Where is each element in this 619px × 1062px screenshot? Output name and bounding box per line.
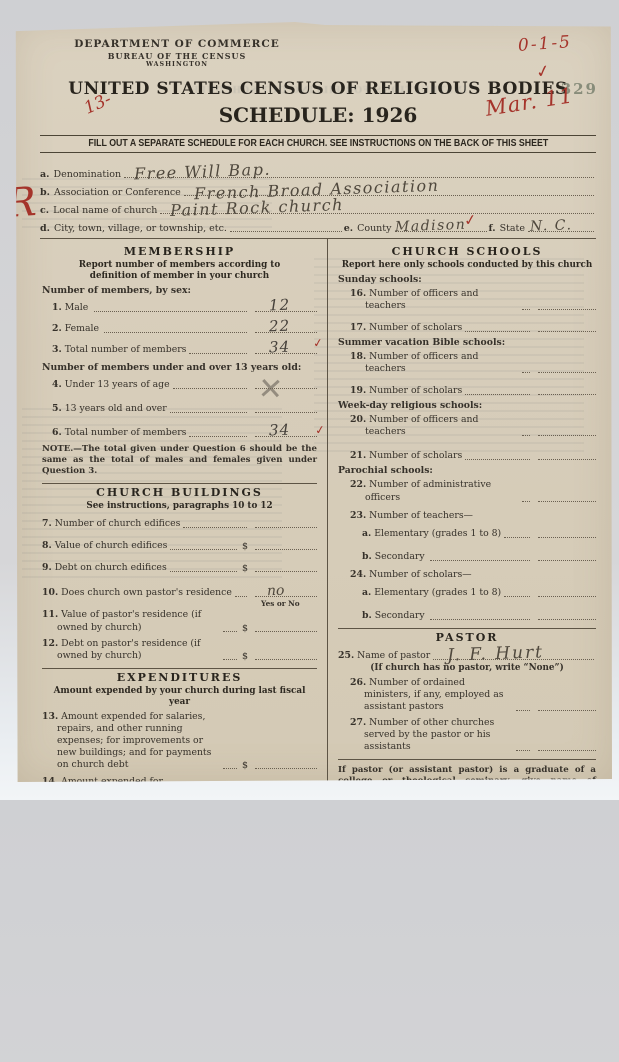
field-letter: a. [40,169,49,180]
dotted-leader [223,768,237,769]
dotted-leader [189,436,247,437]
dotted-leader [430,560,530,561]
question-row-9: 9. Debt on church edifices $ [42,559,317,574]
dollar-sign: $ [242,541,248,552]
question-number: 6. [52,427,62,438]
answer-blank: 34 [255,353,317,354]
buildings-heading: CHURCH BUILDINGS [42,486,317,499]
question-number: 17. [350,322,366,333]
question-label: Number of administrative officers [365,479,491,502]
question-row-24: 24. Number of scholars— [350,566,596,581]
answer-blank [538,619,596,620]
question-label: Total number of members [65,344,187,355]
graduate-note: If pastor (or assistant pastor) is a gra… [338,765,596,800]
dotted-leader [504,596,530,597]
answer-blank [538,537,596,538]
question-row-19: 19. Number of scholars [350,382,596,397]
expenditures-heading: EXPENDITURES [42,671,317,684]
answer-blank [538,560,596,561]
group-label-summer: Summer vacation Bible schools: [338,337,596,348]
question-label: Number of scholars [369,385,462,396]
question-number: 25. [338,650,354,661]
answer-blank [538,750,596,751]
answer-blank: no Yes or No [255,596,317,597]
sub-letter: a. [362,528,371,539]
question-row-2: 2. Female 22 ✓ [52,320,317,335]
dotted-leader [170,571,237,572]
field-letter: b. [40,187,50,198]
handwritten-male-count: 12 [269,296,291,315]
question-number: 2. [52,323,62,334]
question-row-23a: a. Elementary (grades 1 to 8) [362,525,596,540]
dotted-leader [522,372,530,373]
answer-blank [538,309,596,310]
question-row-27: 27. Number of other churches served by t… [338,717,596,753]
membership-note: NOTE.—The total given under Question 6 s… [42,444,317,478]
field-local-church-name: c. Local name of church Paint Rock churc… [40,198,596,216]
section-divider [42,483,317,484]
fill-out-instruction: FILL OUT A SEPARATE SCHEDULE FOR EACH CH… [88,138,548,149]
answer-blank [255,768,317,769]
dotted-leader [94,311,247,312]
field-label: Denomination [53,169,121,180]
pastor-heading: PASTOR [338,631,596,644]
section-divider [338,628,596,629]
question-row-5: 5. 13 years old and over [52,400,317,415]
answer-blank [538,459,596,460]
dotted-leader [235,596,247,597]
question-row-3: 3. Total number of members 34 [52,341,317,356]
dotted-leader: J. F. Hurt [433,659,594,660]
answer-blank [538,372,596,373]
answer-blank [255,659,317,660]
question-row-12: 12. Debt on pastor's residence (if owned… [42,638,317,662]
question-number: 14. [42,776,58,787]
question-number: 27. [350,717,366,728]
dotted-leader [516,710,530,711]
question-label: Total number of members [65,427,187,438]
field-label: County [357,223,391,234]
bureau-name: BUREAU OF THE CENSUS [72,51,282,61]
dotted-leader [223,659,237,660]
question-row-17: 17. Number of scholars [350,319,596,334]
question-number: 1. [52,302,62,313]
letterhead: DEPARTMENT OF COMMERCE BUREAU OF THE CEN… [72,38,282,69]
question-label: Number of scholars— [369,569,471,580]
dotted-leader [170,412,247,413]
answer-blank [255,631,317,632]
dollar-sign: $ [242,623,248,634]
answer-blank [538,710,596,711]
sub-letter: a. [362,587,371,598]
question-label: Number of teachers— [369,510,473,521]
question-label: Value of church edifices [55,540,168,551]
identification-fields: a. Denomination Free Will Bap. b. Associ… [40,162,596,234]
section-divider [42,668,317,669]
answer-blank [538,501,596,502]
dotted-line [230,231,342,232]
section-divider [338,759,596,760]
question-row-25: 25. Name of pastor J. F. Hurt [338,647,596,662]
field-letter: e. [344,223,353,234]
bureau-city: WASHINGTON [72,61,282,69]
dotted-line: Free Will Bap. [124,177,594,178]
question-label: Secondary [375,551,425,562]
answer-blank [255,527,317,528]
field-letter: d. [40,223,50,234]
question-number: 26. [350,677,366,688]
answer-blank [538,596,596,597]
dotted-leader [223,631,237,632]
question-row-8: 8. Value of church edifices $ [42,537,317,552]
question-row-21: 21. Number of scholars [350,447,596,462]
dollar-sign: $ [242,563,248,574]
answer-blank [255,549,317,550]
question-label: Amount expended for salaries, repairs, a… [57,711,211,770]
group-label-parochial: Parochial schools: [338,465,596,476]
yes-or-no-hint: Yes or No [261,599,300,608]
question-number: 19. [350,385,366,396]
answer-blank [255,571,317,572]
question-label: Under 13 years of age [65,379,170,390]
buildings-subheading: See instructions, paragraphs 10 to 12 [42,501,317,512]
question-number: 5. [52,403,62,414]
sub-letter: b. [362,551,372,562]
question-row-10: 10. Does church own pastor's residence n… [42,584,317,599]
field-denomination: a. Denomination Free Will Bap. [40,162,596,180]
field-label: Local name of church [53,205,157,216]
question-number: 24. [350,569,366,580]
dotted-line: N. C. [528,231,594,232]
dotted-leader [430,619,530,620]
handwritten-own-residence: no [267,583,285,600]
question-row-23: 23. Number of teachers— [350,507,596,522]
answer-blank [538,394,596,395]
question-number: 9. [42,562,52,573]
question-label: Number of church edifices [55,518,181,529]
group-label-weekday: Week-day religious schools: [338,400,596,411]
dollar-sign: $ [242,760,248,771]
question-number: 21. [350,450,366,461]
answer-blank [255,388,317,389]
question-number: 18. [350,351,366,362]
question-number: 11. [42,609,58,620]
question-row-14: 14. Amount expended for benevolences, in… [42,776,317,800]
question-label: Number of scholars [369,322,462,333]
red-checkmark-icon: ✓ [314,422,326,437]
left-column: MEMBERSHIP Report number of members acco… [40,239,328,800]
schools-subheading: Report here only schools conducted by th… [338,260,596,271]
red-checkmark-icon: ✓ [312,335,324,350]
question-label: Elementary (grades 1 to 8) [374,528,501,539]
question-number: 20. [350,414,366,425]
question-row-23b: b. Secondary [362,548,596,563]
field-city-county-state: d. City, town, village, or township, etc… [40,216,596,234]
answer-blank [255,412,317,413]
question-number: 23. [350,510,366,521]
answer-blank [538,331,596,332]
census-form-paper: INSTRUCTIONS FOR FILLING OUT SCHEDULE 0-… [14,22,612,782]
question-label: Value of pastor's residence (if owned by… [57,609,201,632]
dotted-leader [170,549,237,550]
question-row-24a: a. Elementary (grades 1 to 8) [362,584,596,599]
dotted-leader [522,309,530,310]
question-label: Debt on church edifices [55,562,167,573]
department-name: DEPARTMENT OF COMMERCE [72,38,282,51]
answer-blank [538,435,596,436]
dotted-leader [516,750,530,751]
age-label: Number of members under and over 13 year… [42,362,317,373]
question-number: 12. [42,638,58,649]
membership-subheading: Report number of members according to de… [59,260,301,282]
question-label: 13 years old and over [65,403,167,414]
dotted-leader [465,331,530,332]
dotted-line: Madison ✓ [395,231,487,232]
dotted-leader [465,459,530,460]
dollar-sign: $ [242,651,248,662]
dotted-line: French Broad Association [184,195,594,196]
handwritten-total-members: 34 [269,338,291,357]
membership-heading: MEMBERSHIP [42,245,317,258]
question-label: Female [65,323,99,334]
question-number: 3. [52,344,62,355]
dotted-leader [183,527,247,528]
question-number: 16. [350,288,366,299]
dotted-leader [522,435,530,436]
question-number: 13. [42,711,58,722]
field-label: City, town, village, or township, etc. [54,223,227,234]
red-checkmark-icon: ✓ [463,210,478,230]
question-row-13: 13. Amount expended for salaries, repair… [42,711,317,771]
question-label: Name of pastor [357,650,430,661]
red-margin-letter: R [4,179,37,227]
question-label: Number of ordained ministers, if any, em… [364,677,504,712]
question-number: 10. [42,587,58,598]
handwritten-total-members-2: 34 [269,421,291,440]
question-row-18: 18. Number of officers and teachers [350,351,596,375]
question-row-22: 22. Number of administrative officers [350,479,596,503]
dotted-leader [189,353,247,354]
question-label: Number of officers and teachers [365,414,478,437]
question-row-4: 4. Under 13 years of age [52,376,317,391]
field-label: Association or Conference [54,187,181,198]
question-label: Amount expended for benevolences, includ… [57,776,220,800]
form-schedule-year: SCHEDULE: 1926 [40,103,596,127]
dotted-leader [465,394,530,395]
group-label-sunday: Sunday schools: [338,274,596,285]
dotted-leader [104,332,247,333]
handwritten-county: Madison [394,217,466,235]
answer-blank: 34 ✓ [255,436,317,437]
fill-out-instruction-strip: FILL OUT A SEPARATE SCHEDULE FOR EACH CH… [40,135,596,153]
form-title: UNITED STATES CENSUS OF RELIGIOUS BODIES [40,79,596,99]
question-number: 8. [42,540,52,551]
question-number: 22. [350,479,366,490]
question-row-1: 1. Male 12 [52,299,317,314]
question-label: Does church own pastor's residence [61,587,232,598]
handwritten-female-count: 22 [269,317,291,336]
by-sex-label: Number of members, by sex: [42,285,317,296]
question-row-11: 11. Value of pastor's residence (if owne… [42,609,317,633]
answer-blank: 22 ✓ [255,332,317,333]
dotted-leader [173,388,247,389]
question-row-24b: b. Secondary [362,607,596,622]
red-code-mark: 0-1-5 [517,32,572,56]
handwritten-state: N. C. [530,217,573,234]
question-label: Elementary (grades 1 to 8) [374,587,501,598]
question-number: 4. [52,379,62,390]
question-row-6: 6. Total number of members 34 ✓ [52,424,317,439]
field-letter: f. [489,223,496,234]
age-rows: ✕ 4. Under 13 years of age 5. 13 years o… [42,376,317,439]
schools-heading: CHURCH SCHOOLS [338,245,596,258]
question-label: Number of officers and teachers [365,351,478,374]
field-association: b. Association or Conference French Broa… [40,180,596,198]
question-number: 7. [42,518,52,529]
question-row-7: 7. Number of church edifices [42,515,317,530]
question-label: Male [65,302,89,313]
dotted-leader [522,501,530,502]
question-row-16: 16. Number of officers and teachers [350,288,596,312]
question-label: Number of scholars [369,450,462,461]
field-label: State [500,223,525,234]
question-label: Debt on pastor's residence (if owned by … [57,638,200,661]
question-row-20: 20. Number of officers and teachers [350,414,596,438]
question-label: Number of other churches served by the p… [364,717,494,752]
question-row-26: 26. Number of ordained ministers, if any… [338,677,596,713]
right-column: CHURCH SCHOOLS Report here only schools … [328,239,596,800]
question-label: Secondary [375,610,425,621]
dotted-leader [504,537,530,538]
answer-blank: 12 [255,311,317,312]
question-label: Number of officers and teachers [365,288,478,311]
field-letter: c. [40,205,49,216]
expenditures-subheading: Amount expended by your church during la… [42,686,317,708]
pastor-name-hint: (If church has no pastor, write “None”) [338,663,596,673]
dotted-line: Paint Rock church [160,213,594,214]
form-columns: MEMBERSHIP Report number of members acco… [40,238,596,800]
sub-letter: b. [362,610,372,621]
